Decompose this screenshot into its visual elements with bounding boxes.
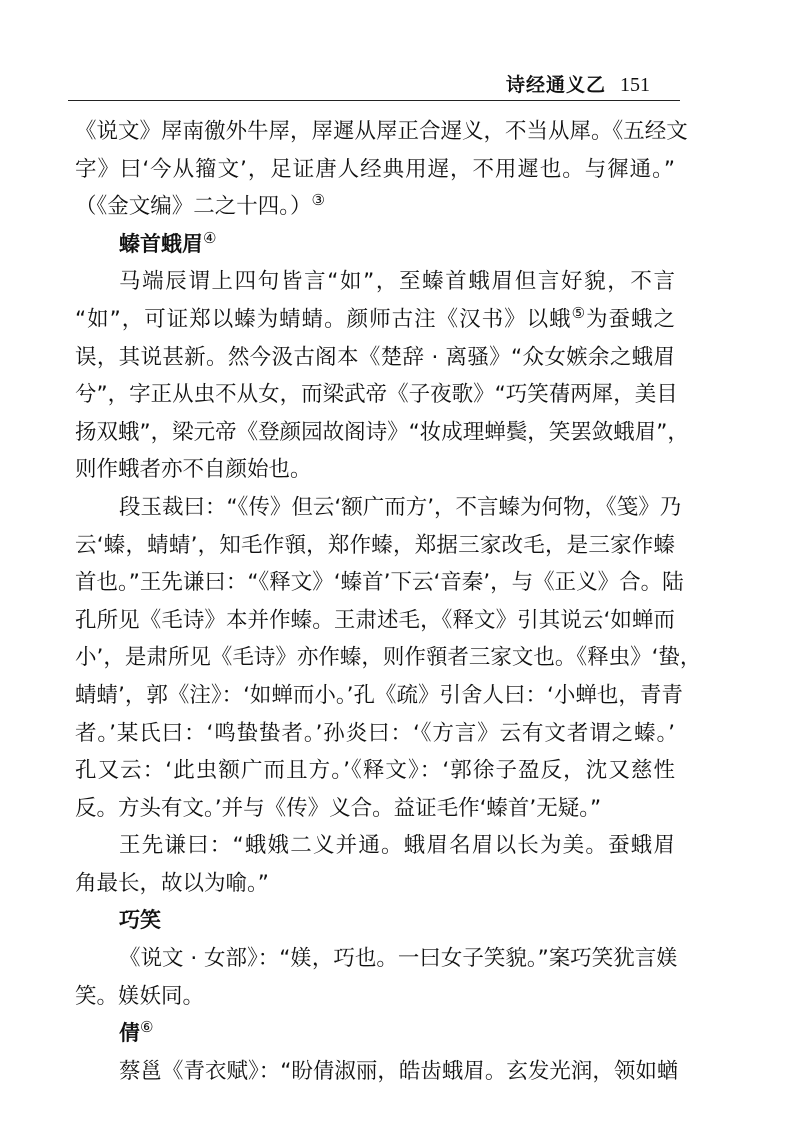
running-title: 诗经通义乙 [506, 70, 606, 97]
text-line: 《说文 · 女部》：“媄，巧也。一曰女子笑貌。”案巧笑犹言媄 [75, 940, 675, 978]
text-line: 蔡邕《青衣赋》：“盼倩淑丽，皓齿蛾眉。玄发光润，领如蝤 [75, 1053, 675, 1091]
text-line: 马端辰谓上四句皆言“如”，至螓首蛾眉但言好貌，不言 [75, 263, 675, 301]
footnote-ref-3[interactable]: ③ [312, 191, 325, 209]
body-text: 《说文》屖南徼外牛屖，屖遲从屖正合遅义，不当从犀。《五经文 字》曰‘今从籀文’，… [75, 113, 675, 1090]
text-span: 为蚕蛾之 [586, 307, 675, 332]
text-line: 《说文》屖南徼外牛屖，屖遲从屖正合遅义，不当从犀。《五经文 [75, 113, 675, 151]
header-rule [68, 100, 680, 101]
text-line: 兮”，字正从虫不从女，而梁武帝《子夜歌》“巧笑蒨两犀，美目 [75, 376, 675, 414]
text-line: 孔又云：‘此虫额广而且方。’《释文》：‘郭徐子盈反，沈又慈性 [75, 752, 675, 790]
text-line: 小’，是肃所见《毛诗》亦作螓，则作頱者三家文也。《释虫》‘蛰， [75, 639, 675, 677]
text-line: 云‘螓，蜻蜻’，知毛作頱，郑作螓，郑据三家改毛，是三家作螓 [75, 527, 675, 565]
section-heading-qian: 倩⑥ [75, 1015, 675, 1053]
text-line: 笑。媄妖同。 [75, 978, 675, 1016]
text-line: 蜻蜻’，郭《注》：‘如蝉而小。’孔《疏》引舍人曰：‘小蝉也，青青 [75, 677, 675, 715]
text-line: 段玉裁曰：“《传》但云‘额广而方’，不言螓为何物，《笺》乃 [75, 489, 675, 527]
heading-text: 螓首蛾眉 [119, 232, 203, 256]
text-line: （《金文编》二之十四。）③ [75, 188, 675, 226]
text-line: 字》曰‘今从籀文’，足证唐人经典用遅，不用遲也。与徲通。” [75, 151, 675, 189]
section-heading-qiaoxiao: 巧笑 [75, 902, 675, 940]
text-line: 首也。”王先谦曰：“《释文》‘螓首’下云‘音秦’，与《正义》合。陆 [75, 564, 675, 602]
text-span: “如”，可证郑以螓为蜻蜻。颜师古注《汉书》以蛾 [75, 307, 572, 332]
text-line: 则作蛾者亦不自颜始也。 [75, 451, 675, 489]
section-heading-qinshou-emei: 螓首蛾眉④ [75, 226, 675, 264]
footnote-ref-4[interactable]: ④ [203, 229, 216, 247]
text-line: 孔所见《毛诗》本并作螓。王肃述毛，《释文》引其说云‘如蝉而 [75, 602, 675, 640]
text-line: 扬双蛾”，梁元帝《登颜园故阁诗》“妆成理蝉鬓，笑罢敛蛾眉”， [75, 414, 675, 452]
page-number: 151 [620, 74, 650, 97]
running-head: 诗经通义乙 151 [506, 70, 650, 98]
footnote-ref-5[interactable]: ⑤ [572, 304, 586, 322]
text-line: 者。’某氏曰：‘鸣蛰蛰者。’孙炎曰：‘《方言》云有文者谓之螓。’ [75, 715, 675, 753]
text-line: 反。方头有文。’并与《传》义合。益证毛作‘螓首’无疑。” [75, 790, 675, 828]
book-page: 诗经通义乙 151 《说文》屖南徼外牛屖，屖遲从屖正合遅义，不当从犀。《五经文 … [0, 0, 800, 1133]
text-line: 王先谦曰：“蛾娥二义并通。蛾眉名眉以长为美。蚕蛾眉 [75, 827, 675, 865]
footnote-ref-6[interactable]: ⑥ [140, 1018, 153, 1036]
text-line: “如”，可证郑以螓为蜻蜻。颜师古注《汉书》以蛾⑤为蚕蛾之 [75, 301, 675, 339]
text-line: 角最长，故以为喻。” [75, 865, 675, 903]
heading-text: 倩 [119, 1021, 140, 1045]
text-line: 误，其说甚新。然今汲古阁本《楚辞 · 离骚》“众女嫉余之蛾眉 [75, 339, 675, 377]
text-span: （《金文编》二之十四。） [75, 194, 312, 219]
